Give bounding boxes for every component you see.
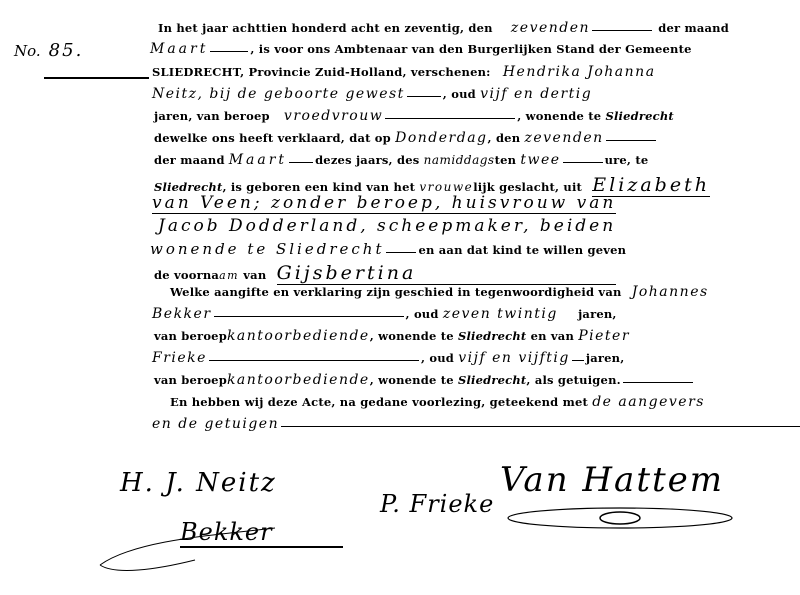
printed-text: , wonende te [517, 109, 601, 123]
printed-text: en aan dat kind te willen geven [418, 243, 626, 257]
printed-text: , wonende te [370, 373, 454, 387]
printed-text: , wonende te [370, 329, 454, 343]
fill-line [209, 358, 419, 361]
handwritten-declarant-name: Hendrika Johanna [503, 64, 656, 80]
record-number: No.85. [14, 40, 83, 61]
printed-text: , den [488, 131, 521, 145]
handwritten-child-name: Gijsbertina [277, 262, 617, 285]
fill-line [281, 424, 800, 427]
handwritten-signers-continued: en de getuigen [152, 416, 279, 432]
printed-text: en van [531, 329, 574, 343]
printed-text: , als getuigen. [526, 373, 620, 387]
printed-text: van [243, 268, 266, 282]
printed-text: jaren, [578, 307, 617, 321]
printed-text: de voorna [154, 268, 219, 282]
handwritten-month: Maart [229, 152, 287, 168]
handwritten-hour: twee [520, 152, 560, 168]
line-9: van Veen; zonder beroep, huisvrouw van [152, 193, 616, 213]
handwritten-witness-1-surname: Bekker [152, 306, 212, 322]
printed-place: Sliedrecht [458, 373, 526, 387]
printed-text: , oud [443, 87, 476, 101]
fill-line [592, 28, 652, 31]
printed-text: , oud [421, 351, 454, 365]
handwritten-day: zevenden [511, 20, 590, 36]
fill-line [289, 160, 313, 163]
printed-text: , is voor ons Ambtenaar van den Burgerli… [250, 42, 691, 56]
fill-line [572, 358, 584, 361]
signature-witness-2: P. Frieke [380, 490, 494, 518]
printed-text: der maand [154, 153, 225, 167]
handwritten-month: Maart [150, 41, 208, 57]
handwritten-text: am [219, 269, 239, 282]
line-7: der maandMaartdezes jaars, des namiddags… [154, 152, 648, 168]
printed-text: van beroep [154, 373, 227, 387]
printed-text: , is geboren een kind van het [222, 180, 415, 194]
handwritten-day: zevenden [524, 130, 603, 146]
fill-line [563, 160, 603, 163]
handwritten-signers: de aangevers [592, 394, 705, 410]
handwritten-witness-2-surname: Frieke [152, 350, 207, 366]
fill-line [623, 380, 693, 383]
handwritten-witness-1-occupation: kantoorbediende [227, 328, 370, 344]
handwritten-witness-1-firstname: Johannes [632, 284, 709, 300]
printed-text: der maand [658, 21, 729, 35]
margin-rule [44, 77, 149, 79]
line-2: Maart, is voor ons Ambtenaar van den Bur… [150, 41, 692, 57]
fill-line [210, 49, 248, 52]
fill-line [385, 116, 515, 119]
signature-flourish [500, 500, 740, 540]
handwritten-time-of-day: namiddags [424, 153, 495, 167]
fill-line [407, 94, 441, 97]
handwritten-father-name-occupation: Jacob Dodderland, scheepmaker, beiden [158, 216, 616, 236]
fill-line [214, 314, 404, 317]
line-10: Jacob Dodderland, scheepmaker, beiden [158, 216, 616, 236]
printed-text: In het jaar achttien honderd acht en zev… [158, 21, 493, 35]
handwritten-occupation: vroedvrouw [284, 108, 383, 124]
handwritten-witness-2-occupation: kantoorbediende [227, 372, 370, 388]
printed-text: jaren, [586, 351, 625, 365]
fill-line [386, 250, 416, 253]
signature-declarant: H. J. Neitz [120, 468, 277, 498]
line-19: en de getuigen [152, 416, 800, 432]
handwritten-residence: wonende te Sliedrecht [150, 240, 384, 258]
line-17: van beroepkantoorbediende, wonende te Sl… [154, 372, 695, 388]
record-number-label: No. [14, 42, 41, 60]
handwritten-sex: vrouwe [419, 180, 473, 194]
line-14: Bekker, oud zeven twintig jaren, [152, 306, 617, 322]
line-18: En hebben wij deze Acte, na gedane voorl… [170, 394, 705, 410]
line-4: Neitz, bij de geboorte gewest, oud vijf … [152, 86, 592, 102]
signature-flourish [95, 520, 295, 580]
printed-text: van beroep [154, 329, 227, 343]
printed-text: dezes jaars, des [315, 153, 419, 167]
printed-place: Sliedrecht [458, 329, 526, 343]
printed-text: Welke aangifte en verklaring zijn geschi… [170, 285, 622, 299]
printed-place: Sliedrecht [605, 109, 673, 123]
printed-text: ure, te [605, 153, 649, 167]
handwritten-age: vijf en dertig [480, 86, 592, 102]
line-11: wonende te Sliedrechten aan dat kind te … [150, 240, 626, 258]
line-15: van beroepkantoorbediende, wonende te Sl… [154, 328, 630, 344]
printed-text: lijk geslacht, uit [473, 180, 582, 194]
handwritten-witness-1-age: zeven twintig [443, 306, 558, 322]
line-1: In het jaar achttien honderd acht en zev… [158, 20, 729, 36]
handwritten-mother-surname-occupation: van Veen; zonder beroep, huisvrouw van [152, 193, 616, 214]
line-6: dewelke ons heeft verklaard, dat op Dond… [154, 130, 658, 146]
printed-text: En hebben wij deze Acte, na gedane voorl… [170, 395, 588, 409]
line-16: Frieke, oud vijf en vijftigjaren, [152, 350, 624, 366]
fill-line [606, 138, 656, 141]
line-12: de voornaam van Gijsbertina [154, 262, 616, 284]
handwritten-witness-2-age: vijf en vijftig [458, 350, 570, 366]
signature-official: Van Hattem [500, 460, 724, 500]
handwritten-witness-2-firstname: Pieter [578, 328, 630, 344]
printed-text: dewelke ons heeft verklaard, dat op [154, 131, 391, 145]
handwritten-declarant-surname: Neitz, bij de geboorte gewest [152, 86, 405, 102]
handwritten-weekday: Donderdag [395, 130, 487, 146]
printed-text: SLIEDRECHT, Provincie Zuid-Holland, vers… [152, 65, 491, 79]
printed-text: jaren, van beroep [154, 109, 270, 123]
line-5: jaren, van beroep vroedvrouw, wonende te… [154, 108, 674, 124]
printed-place: Sliedrecht [154, 180, 222, 194]
record-number-value: 85. [49, 40, 84, 61]
line-3: SLIEDRECHT, Provincie Zuid-Holland, vers… [152, 64, 656, 80]
line-13: Welke aangifte en verklaring zijn geschi… [170, 284, 709, 300]
printed-text: , oud [406, 307, 439, 321]
civil-birth-record: No.85. In het jaar achttien honderd acht… [0, 0, 800, 595]
printed-text: ten [495, 153, 517, 167]
